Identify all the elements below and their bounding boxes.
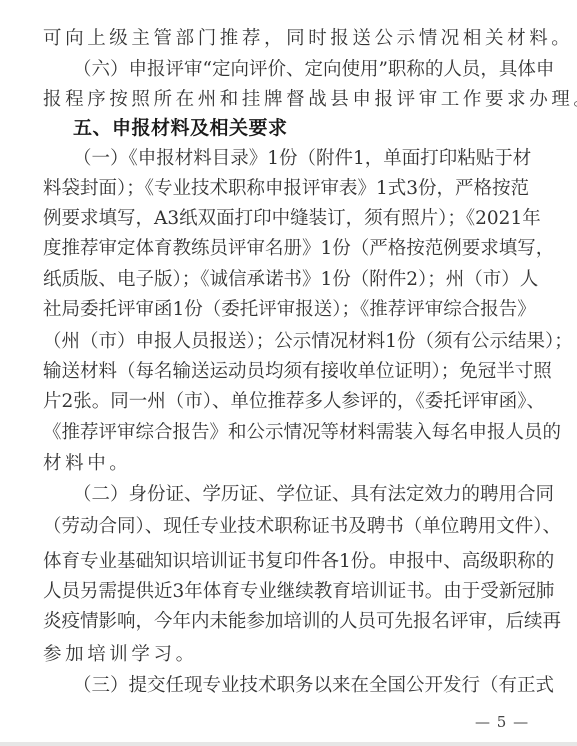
paragraph-line: （三）提交任现专业技术职务以来在全国公开发行（有正式 xyxy=(73,674,523,698)
paragraph-line: （州（市）申报人员报送）；公示情况材料1份（须有公示结果）； xyxy=(43,330,523,354)
page-number: — 5 — xyxy=(475,713,529,731)
page-bottom-edge xyxy=(0,742,577,746)
paragraph-line: 参加培训学习。 xyxy=(43,643,523,667)
paragraph-line: （一）《申报材料目录》1份（附件1，单面打印粘贴于材 xyxy=(73,147,523,171)
paragraph-line: （六）申报评审“定向评价、定向使用”职称的人员，具体申 xyxy=(73,58,523,82)
paragraph-line: 炎疫情影响，今年内未能参加培训的人员可先报名评审，后续再 xyxy=(43,610,523,634)
paragraph-line: 可向上级主管部门推荐，同时报送公示情况相关材料。 xyxy=(43,27,523,51)
paragraph-line: 料袋封面）；《专业技术职称申报评审表》1式3份，严格按范 xyxy=(43,177,523,201)
section-heading: 五、申报材料及相关要求 xyxy=(73,116,288,140)
paragraph-line: 社局委托评审函1份（委托评审报送）；《推荐评审综合报告》 xyxy=(43,298,523,322)
paragraph-line: 人员另需提供近3年体育专业继续教育培训证书。由于受新冠肺 xyxy=(43,580,523,604)
paragraph-line: （劳动合同）、现任专业技术职称证书及聘书（单位聘用文件）、 xyxy=(43,515,523,539)
paragraph-line: 材料中。 xyxy=(43,452,523,476)
document-page: 可向上级主管部门推荐，同时报送公示情况相关材料。 （六）申报评审“定向评价、定向… xyxy=(0,0,577,742)
paragraph-line: 例要求填写，A3纸双面打印中缝装订，须有照片）；《2021年 xyxy=(43,207,523,231)
paragraph-line: 输送材料（每名输送运动员均须有接收单位证明）；免冠半寸照 xyxy=(43,360,523,384)
paragraph-line: （二）身份证、学历证、学位证、具有法定效力的聘用合同 xyxy=(73,483,523,507)
paragraph-line: 《推荐评审综合报告》和公示情况等材料需装入每名申报人员的 xyxy=(43,421,523,445)
paragraph-line: 报程序按照所在州和挂牌督战县申报评审工作要求办理。 xyxy=(43,88,523,112)
paragraph-line: 片2张。同一州（市）、单位推荐多人参评的，《委托评审函》、 xyxy=(43,390,523,414)
paragraph-line: 体育专业基础知识培训证书复印件各1份。申报中、高级职称的 xyxy=(43,550,523,574)
paragraph-line: 纸质版、电子版）；《诚信承诺书》1份（附件2）；州（市）人 xyxy=(43,268,523,292)
paragraph-line: 度推荐审定体育教练员评审名册》1份（严格按范例要求填写， xyxy=(43,237,523,261)
